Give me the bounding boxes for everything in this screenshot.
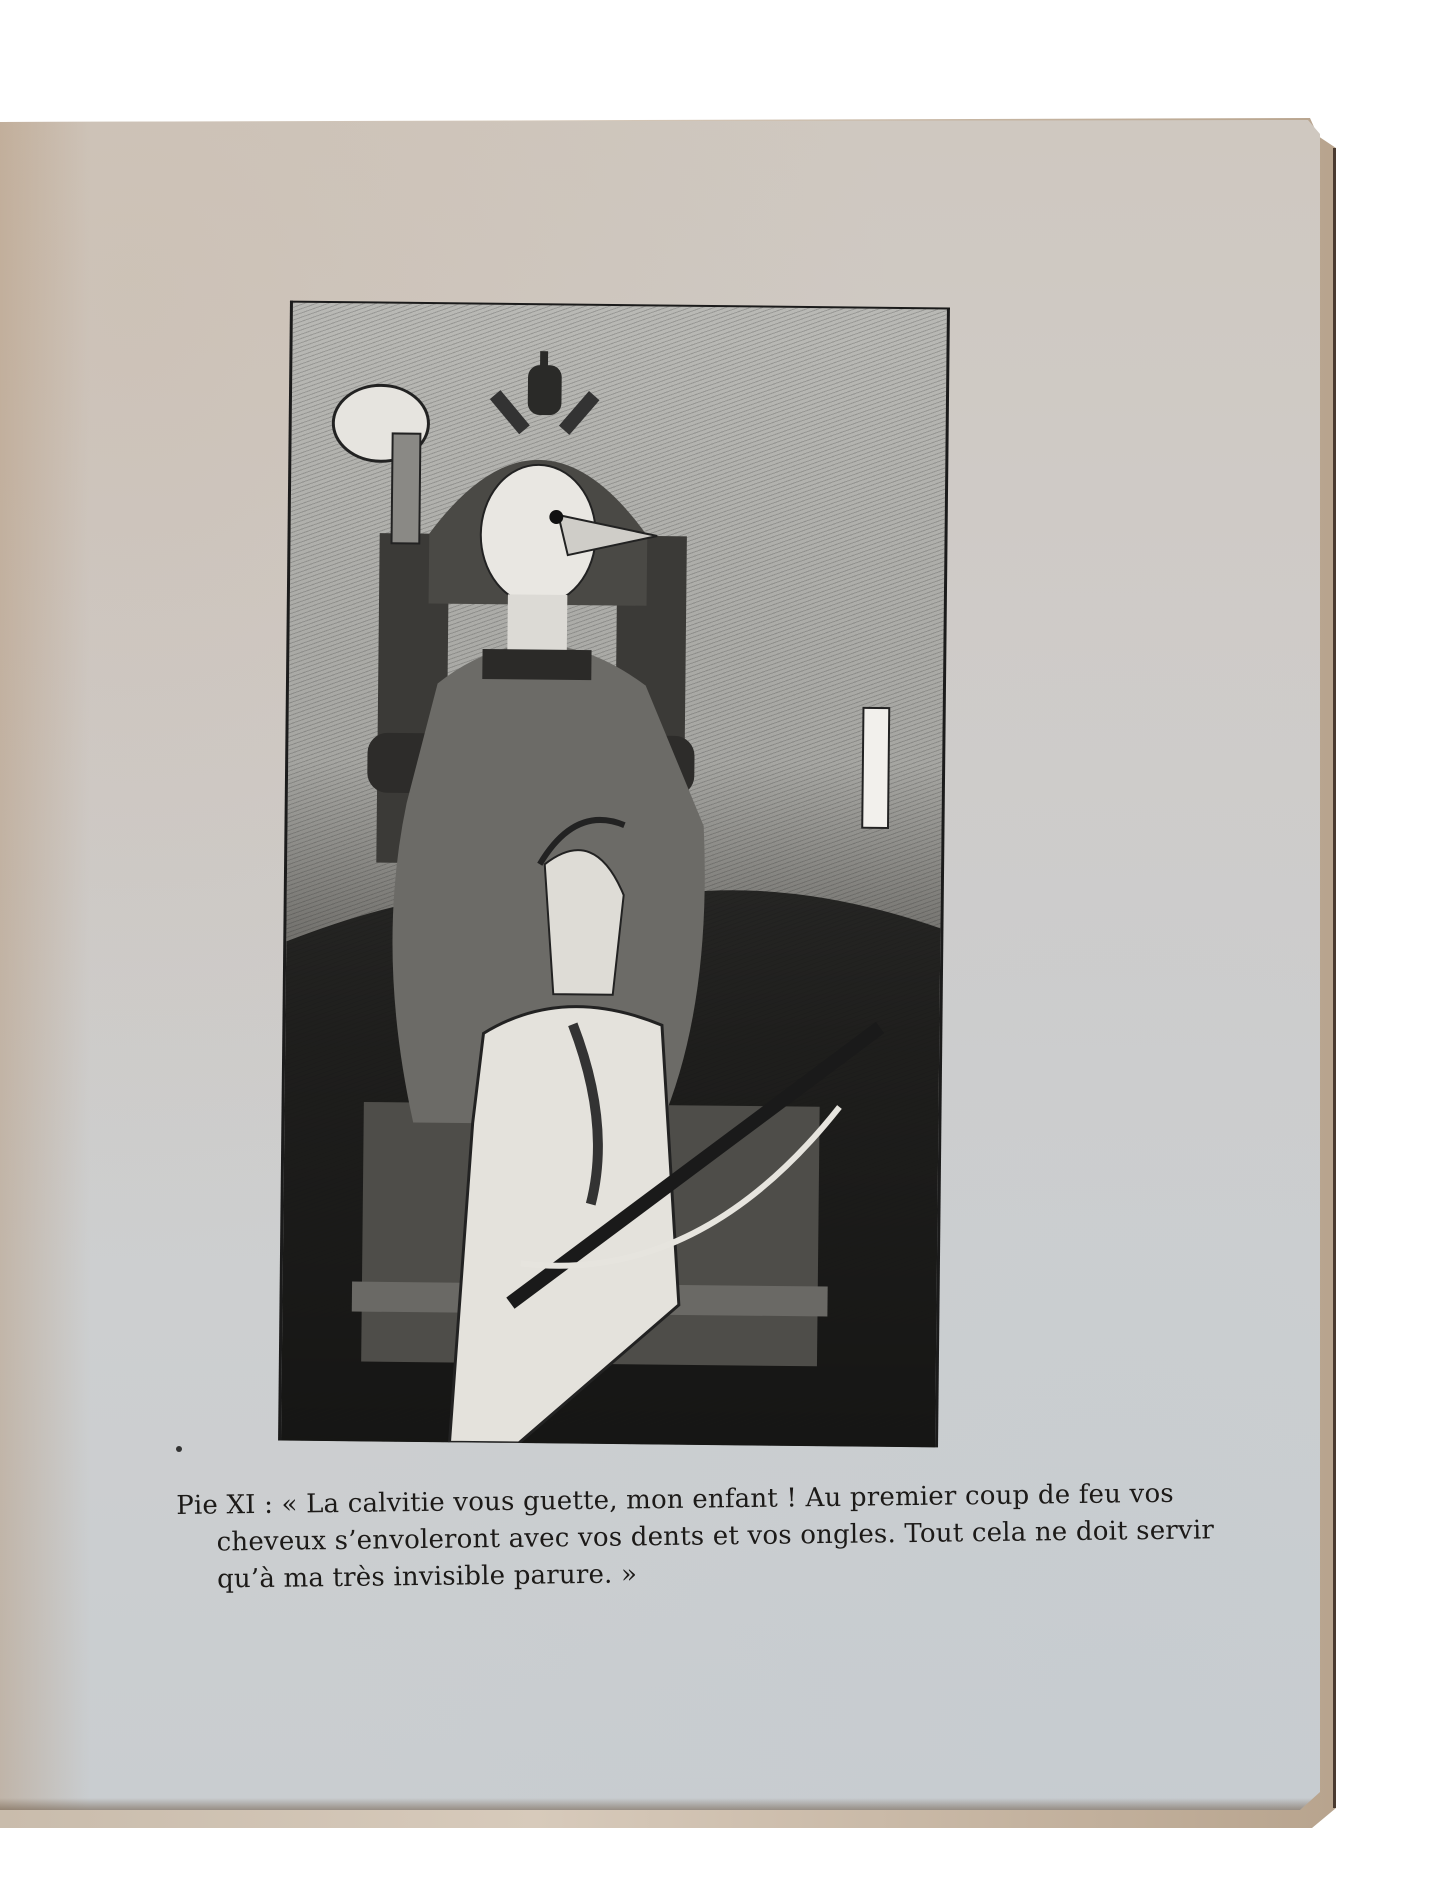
illustration-plate xyxy=(278,301,950,1448)
papal-tiara-icon xyxy=(495,351,595,431)
collage-engraving-image xyxy=(281,303,947,1448)
illustration-caption: Pie XI : « La calvitie vous guette, mon … xyxy=(176,1477,1077,1599)
photo-stage: Pie XI : « La calvitie vous guette, mon … xyxy=(0,0,1445,1883)
ink-speck xyxy=(176,1446,182,1452)
statue-niche-icon xyxy=(862,708,889,828)
helmet-plume-icon xyxy=(332,385,429,544)
